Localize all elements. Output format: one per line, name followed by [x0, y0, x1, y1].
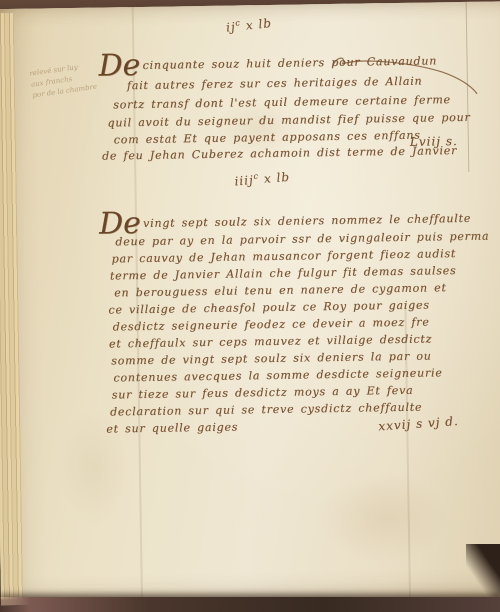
sum-annotation-top: ijc x lb — [225, 15, 272, 35]
entry-paragraph-2: De vingt sept soulz six deniers nommez l… — [99, 204, 485, 442]
manuscript-line: terme de Janvier Allain che fulgur fit d… — [110, 264, 457, 282]
manuscript-line: vingt sept soulz six deniers nommez le c… — [143, 212, 471, 230]
parchment-stain — [319, 472, 450, 564]
manuscript-line: deue par ay en la parvoir ssr de vigngal… — [115, 230, 489, 249]
bottom-right-shadow — [466, 544, 500, 604]
manuscript-line: et sur quelle gaiges — [106, 420, 238, 435]
entry-1-amount: Lviij s. — [410, 134, 458, 149]
manuscript-line: ce villaige de cheasfol poulz ce Roy pou… — [108, 298, 430, 316]
manuscript-line: desdictz seigneurie feodez ce deveir a m… — [113, 315, 430, 333]
manuscript-line: et cheffaulx sur ceps mauvez et villaige… — [109, 332, 432, 350]
marginal-note: relevé sur luy aux franchs por de la cha… — [29, 60, 98, 102]
sum-top-rest: x lb — [240, 16, 272, 33]
manuscript-line: fait autres ferez sur ces heritaiges de … — [127, 75, 423, 93]
manuscript-photo: ijc x lb relevé sur luy aux franchs por … — [0, 0, 500, 612]
manuscript-line: quil avoit du seigneur du mandist fief p… — [107, 111, 470, 130]
manuscript-line: cinquante souz huit deniers pour Cauvaud… — [142, 54, 437, 72]
parchment-page: ijc x lb relevé sur luy aux franchs por … — [0, 1, 500, 605]
sum-mid-numeral: iiij — [234, 173, 254, 189]
entry-paragraph-1: De cinquante souz huit deniers pour Cauv… — [100, 48, 474, 176]
manuscript-line: com estat Et que payent apposans ces enf… — [114, 129, 421, 147]
sum-mid-rest: x lb — [259, 170, 291, 187]
manuscript-line: contenues avecques la somme desdicte sei… — [113, 366, 442, 384]
manuscript-line: sur tieze sur feus desdictz moys a ay Et… — [112, 384, 414, 402]
manuscript-line: declaration sur qui se treve cysdictz ch… — [110, 401, 422, 419]
photo-bottom-edge — [0, 597, 500, 612]
manuscript-line: sortz transf dont l'est quil demeure cer… — [113, 93, 451, 111]
gutter-page-edges — [0, 13, 23, 599]
manuscript-line: de feu Jehan Cuberez achamoin dist terme… — [102, 144, 457, 163]
manuscript-line: en berouguess elui tenu en nanere de cyg… — [114, 281, 447, 299]
drop-initial: De — [98, 51, 140, 82]
manuscript-line: par cauvay de Jehan mausancor forgent fi… — [112, 247, 457, 265]
manuscript-line: somme de vingt sept soulz six deniers la… — [111, 349, 432, 367]
sum-annotation-middle: iiijc x lb — [234, 169, 291, 189]
